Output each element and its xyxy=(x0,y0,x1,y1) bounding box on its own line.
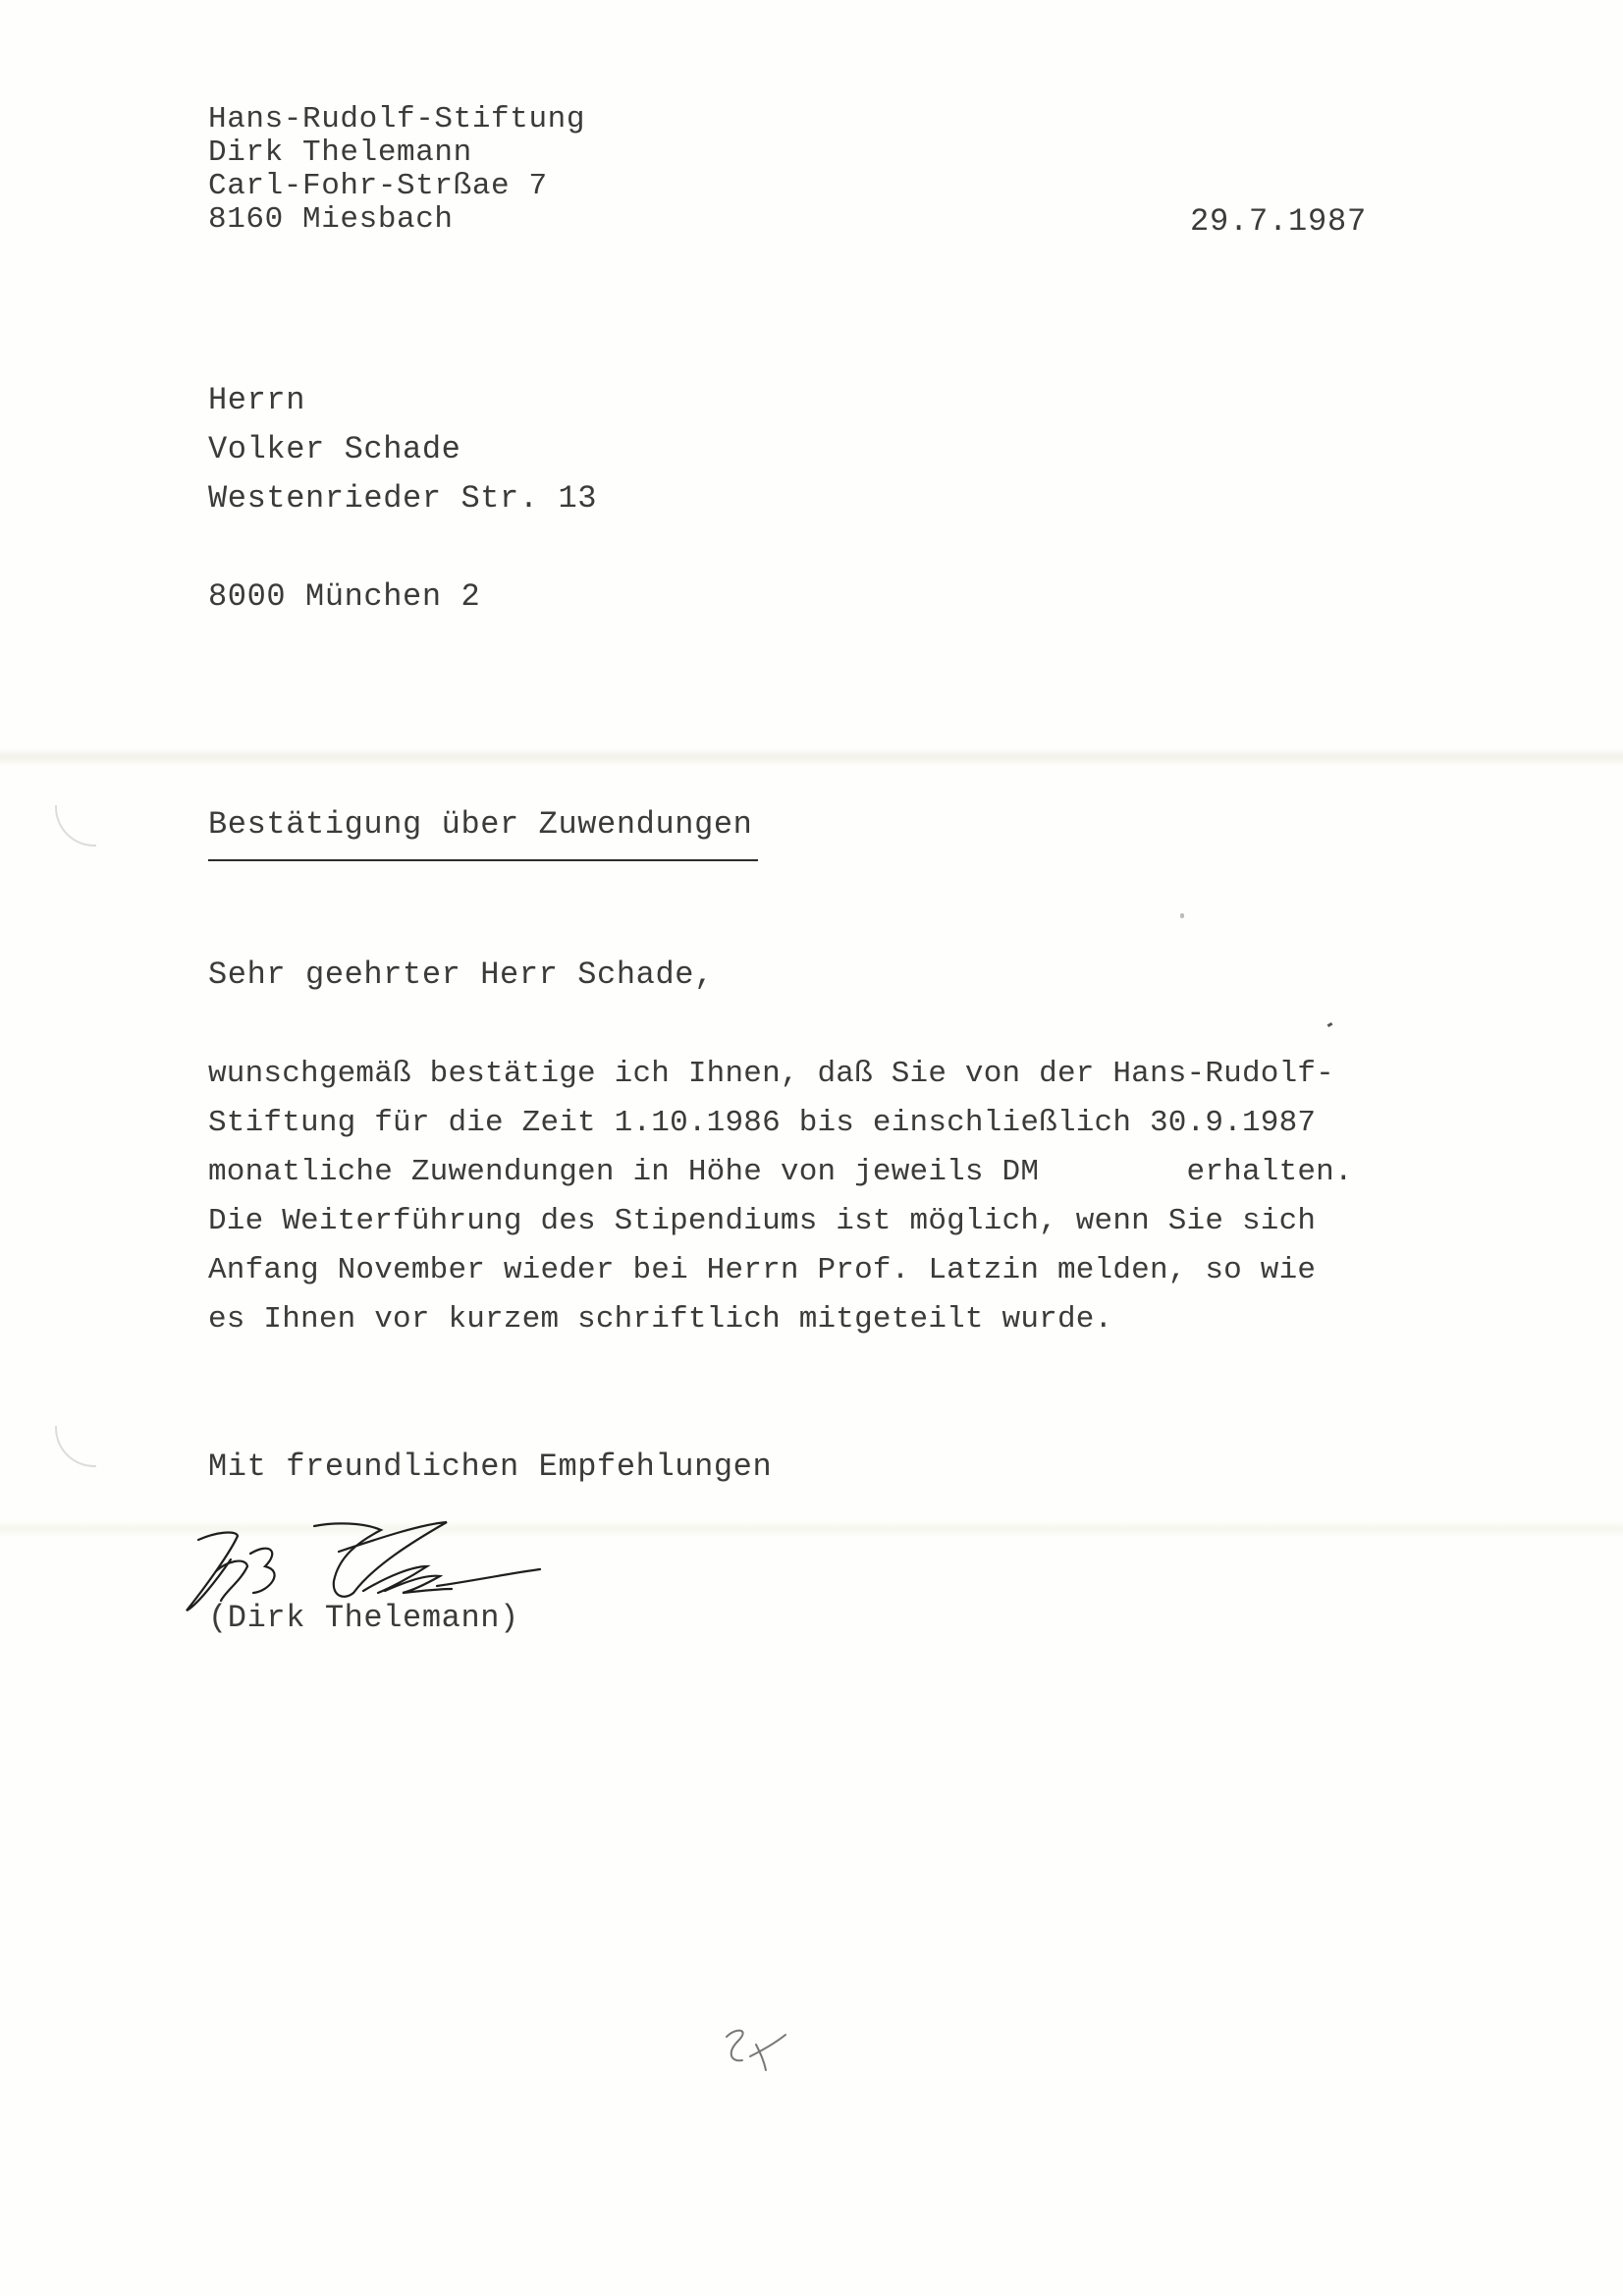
handwritten-note xyxy=(717,2023,805,2092)
punch-hole-mark xyxy=(55,805,96,847)
letter-closing: Mit freundlichen Empfehlungen xyxy=(208,1449,772,1485)
sender-street: Carl-Fohr-Strßae 7 xyxy=(208,169,548,204)
sender-organization: Hans-Rudolf-Stiftung xyxy=(208,102,585,137)
stray-mark xyxy=(1327,1022,1333,1027)
paper-fold-line xyxy=(0,748,1623,766)
letter-date: 29.7.1987 xyxy=(1190,204,1367,240)
body-line: wunschgemäß bestätige ich Ihnen, daß Sie… xyxy=(208,1057,1334,1092)
stray-mark xyxy=(1180,913,1184,918)
recipient-name: Volker Schade xyxy=(208,432,460,467)
body-line: es Ihnen vor kurzem schriftlich mitgetei… xyxy=(208,1302,1112,1338)
body-line: Stiftung für die Zeit 1.10.1986 bis eins… xyxy=(208,1106,1316,1141)
body-line: Die Weiterführung des Stipendiums ist mö… xyxy=(208,1204,1316,1239)
letter-page: Hans-Rudolf-Stiftung Dirk Thelemann Carl… xyxy=(0,0,1623,2296)
punch-hole-mark xyxy=(55,1426,96,1467)
body-line: monatliche Zuwendungen in Höhe von jewei… xyxy=(208,1155,1353,1190)
sender-name: Dirk Thelemann xyxy=(208,136,472,171)
recipient-salutation: Herrn xyxy=(208,383,305,418)
recipient-street: Westenrieder Str. 13 xyxy=(208,481,597,517)
recipient-city: 8000 München 2 xyxy=(208,579,480,615)
sender-city: 8160 Miesbach xyxy=(208,202,454,238)
signature-name: (Dirk Thelemann) xyxy=(208,1601,519,1636)
body-line: Anfang November wieder bei Herrn Prof. L… xyxy=(208,1253,1316,1288)
letter-subject: Bestätigung über Zuwendungen xyxy=(208,807,753,843)
subject-underline xyxy=(208,859,758,861)
letter-greeting: Sehr geehrter Herr Schade, xyxy=(208,957,714,993)
